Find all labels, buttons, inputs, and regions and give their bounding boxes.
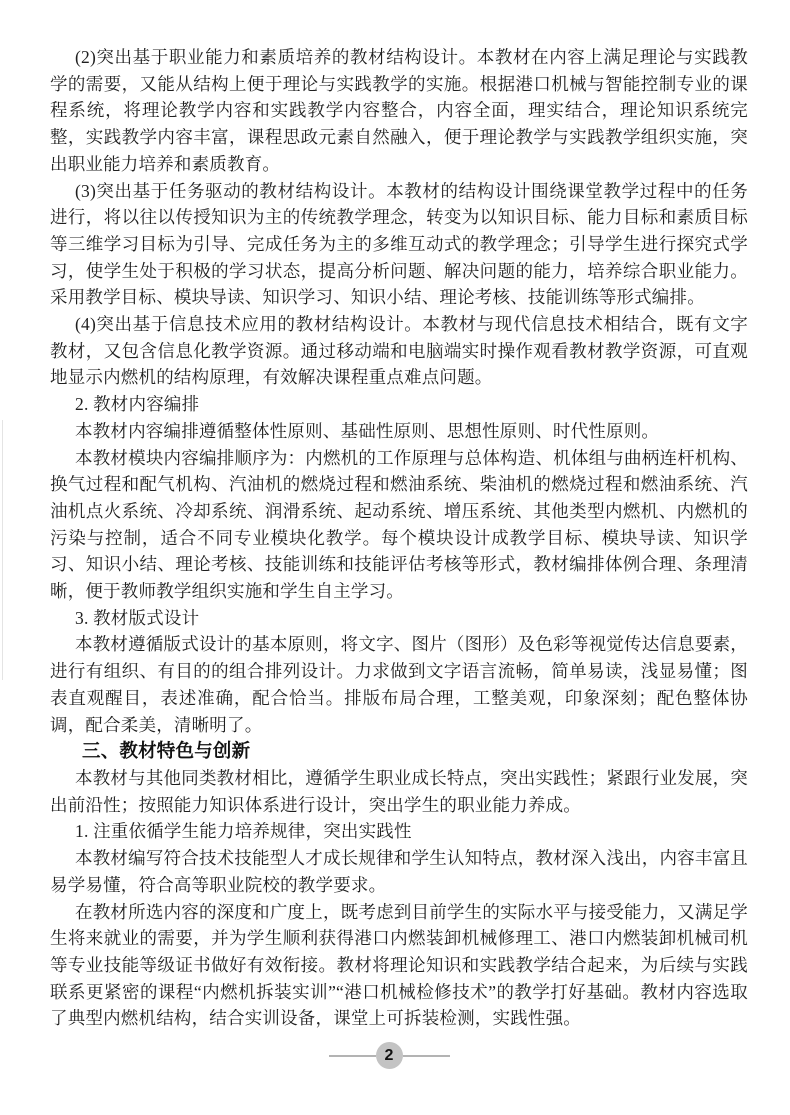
subsection-heading: 1. 注重依循学生能力培养规律，突出实践性 — [50, 818, 748, 845]
body-paragraph: (2)突出基于职业能力和素质培养的教材结构设计。本教材在内容上满足理论与实践教学… — [50, 44, 748, 178]
footer-rule-right — [403, 1055, 450, 1057]
body-paragraph: 本教材编写符合技术技能型人才成长规律和学生认知特点，教材深入浅出，内容丰富且易学… — [50, 845, 748, 898]
page-body: (2)突出基于职业能力和素质培养的教材结构设计。本教材在内容上满足理论与实践教学… — [50, 44, 748, 1032]
body-paragraph: 本教材遵循版式设计的基本原则，将文字、图片（图形）及色彩等视觉传达信息要素，进行… — [50, 631, 748, 738]
scan-edge-artifact — [2, 420, 3, 680]
body-paragraph: (3)突出基于任务驱动的教材结构设计。本教材的结构设计围绕课堂教学过程中的任务进… — [50, 178, 748, 312]
section-heading: 三、教材特色与创新 — [50, 738, 748, 765]
body-paragraph: (4)突出基于信息技术应用的教材结构设计。本教材与现代信息技术相结合，既有文字教… — [50, 311, 748, 391]
body-paragraph: 本教材模块内容编排顺序为：内燃机的工作原理与总体构造、机体组与曲柄连杆机构、换气… — [50, 445, 748, 605]
body-paragraph: 在教材所选内容的深度和广度上，既考虑到目前学生的实际水平与接受能力，又满足学生将… — [50, 899, 748, 1033]
page-footer: 2 — [0, 1042, 778, 1069]
page-number: 2 — [385, 1048, 394, 1064]
body-paragraph: 本教材内容编排遵循整体性原则、基础性原则、思想性原则、时代性原则。 — [50, 418, 748, 445]
subsection-heading: 3. 教材版式设计 — [50, 605, 748, 632]
subsection-heading: 2. 教材内容编排 — [50, 391, 748, 418]
footer-rule-left — [329, 1055, 376, 1057]
body-paragraph: 本教材与其他同类教材相比，遵循学生职业成长特点，突出实践性；紧跟行业发展，突出前… — [50, 765, 748, 818]
page-number-badge: 2 — [376, 1042, 403, 1069]
document-page: (2)突出基于职业能力和素质培养的教材结构设计。本教材在内容上满足理论与实践教学… — [0, 0, 790, 1115]
